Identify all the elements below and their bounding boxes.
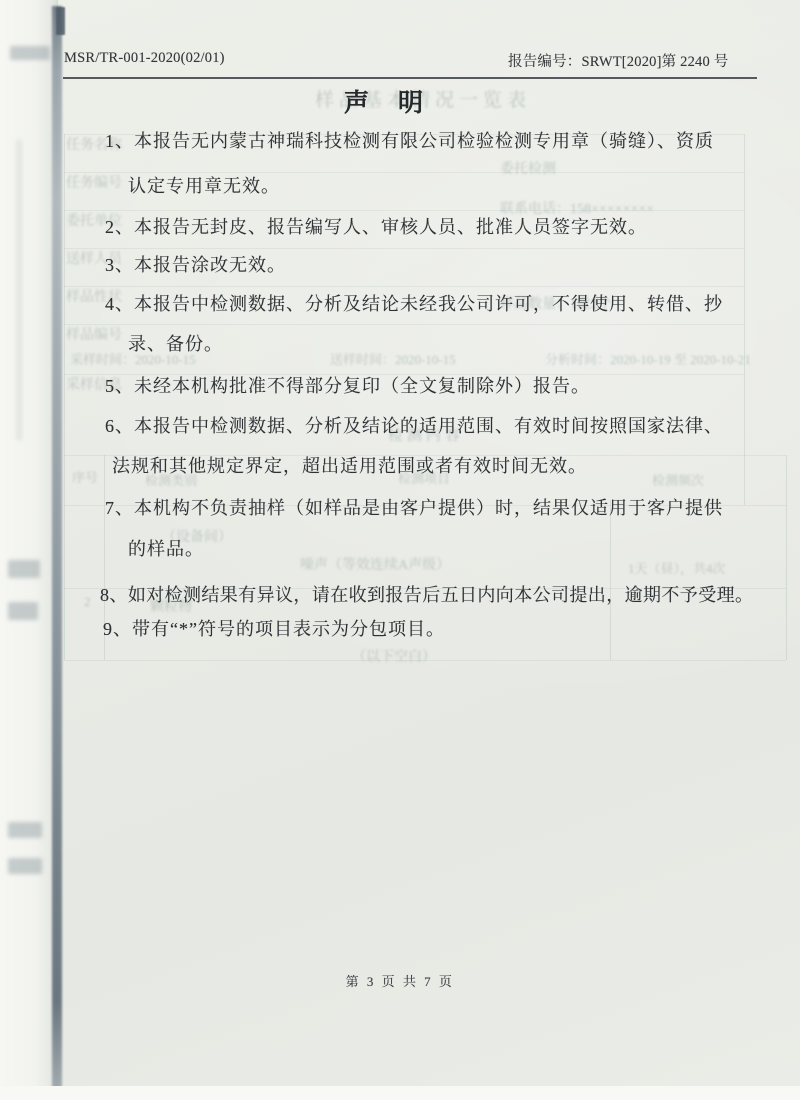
clause-number: 2、 <box>105 217 134 237</box>
bleedthrough-line <box>64 134 65 660</box>
bleedthrough-text: 2 <box>84 594 91 610</box>
clause-6-line-2: 法规和其他规定界定，超出适用范围或者有效时间无效。 <box>112 452 587 478</box>
bleedthrough-text: 1天（昼），共4次 <box>628 558 726 577</box>
clause-5-line-1: 5、未经本机构批准不得部分复印（全文复制除外）报告。 <box>105 372 590 398</box>
bleedthrough-text: 分析时间：2020-10-19 至 2020-10-21 <box>545 349 751 368</box>
clause-9-line-1: 9、带有“*”符号的项目表示为分包项目。 <box>103 615 445 641</box>
clause-text: 认定专用章无效。 <box>128 176 280 196</box>
clause-text: 本报告无内蒙古神瑞科技检测有限公司检验检测专用章（骑缝）、资质 <box>134 131 714 151</box>
scan-streak <box>16 140 22 440</box>
scanner-margin-left <box>0 0 58 1100</box>
page-footer: 第 3 页 共 7 页 <box>0 971 800 990</box>
clause-text: 录、备份。 <box>128 334 223 354</box>
clause-text: 的样品。 <box>128 539 204 559</box>
clause-text: 未经本机构批准不得部分复印（全文复制除外）报告。 <box>134 376 590 396</box>
clause-6-line-1: 6、本报告中检测数据、分析及结论的适用范围、有效时间按照国家法律、 <box>105 412 723 438</box>
clause-number: 6、 <box>105 416 134 436</box>
scanned-report-page: 样品基本情况一览表 任务名称 任务编号 委托单位 送样人员 样品性状 样品编号 … <box>0 0 800 1100</box>
clause-7-line-2: 的样品。 <box>128 535 204 561</box>
bleedthrough-line <box>64 248 744 249</box>
clause-number: 8、 <box>100 585 128 605</box>
document-code: MSR/TR-001-2020(02/01) <box>64 50 225 67</box>
scan-smudge <box>8 858 42 874</box>
scan-smudge <box>8 560 40 578</box>
clause-4-line-1: 4、本报告中检测数据、分析及结论未经我公司许可，不得使用、转借、抄 <box>105 290 723 316</box>
clause-number: 1、 <box>105 131 134 151</box>
scan-smudge <box>8 822 42 838</box>
page-title: 声 明 <box>344 83 425 119</box>
scanner-margin-bottom <box>0 1086 800 1100</box>
clause-text: 如对检测结果有异议，请在收到报告后五日内向本公司提出，逾期不予受理。 <box>128 585 754 605</box>
page-edge-dark-corner <box>56 7 65 35</box>
bleedthrough-line <box>744 134 745 505</box>
clause-8-line-1: 8、如对检测结果有异议，请在收到报告后五日内向本公司提出，逾期不予受理。 <box>100 581 753 607</box>
bleedthrough-text: 送样时间：2020-10-15 <box>330 349 456 368</box>
bleedthrough-text: 序号 <box>72 467 98 486</box>
clause-4-line-2: 录、备份。 <box>128 330 223 356</box>
clause-text: 本报告中检测数据、分析及结论未经我公司许可，不得使用、转借、抄 <box>134 294 723 314</box>
bleedthrough-line <box>610 500 611 660</box>
bleedthrough-line <box>786 455 787 660</box>
clause-1-line-2: 认定专用章无效。 <box>128 172 280 198</box>
clause-2-line-1: 2、本报告无封皮、报告编写人、审核人员、批准人员签字无效。 <box>105 213 647 239</box>
clause-text: 本报告无封皮、报告编写人、审核人员、批准人员签字无效。 <box>134 217 647 237</box>
header-rule <box>63 77 757 79</box>
clause-number: 7、 <box>105 498 134 518</box>
clause-7-line-1: 7、本机构不负责抽样（如样品是由客户提供）时，结果仅适用于客户提供 <box>105 494 723 520</box>
clause-text: 带有“*”符号的项目表示为分包项目。 <box>132 619 445 639</box>
clause-text: 本机构不负责抽样（如样品是由客户提供）时，结果仅适用于客户提供 <box>134 498 723 518</box>
clause-text: 本报告中检测数据、分析及结论的适用范围、有效时间按照国家法律、 <box>134 416 723 436</box>
scan-smudge <box>8 602 38 620</box>
scan-smudge <box>10 46 50 60</box>
clause-text: 法规和其他规定界定，超出适用范围或者有效时间无效。 <box>112 456 587 476</box>
bleedthrough-text: （以下空白） <box>352 646 436 666</box>
clause-number: 9、 <box>103 619 132 639</box>
bleedthrough-text: 检测频次 <box>652 470 704 489</box>
bleedthrough-text: 委托检测 <box>500 158 556 178</box>
clause-3-line-1: 3、本报告涂改无效。 <box>105 251 286 277</box>
page-edge-shadow <box>52 6 62 1088</box>
clause-number: 5、 <box>105 376 134 396</box>
clause-number: 4、 <box>105 294 134 314</box>
bleedthrough-line <box>64 324 744 325</box>
clause-number: 3、 <box>105 255 134 275</box>
report-number: 报告编号：SRWT[2020]第 2240 号 <box>508 50 729 71</box>
bleedthrough-text: 噪声（等效连续A声级） <box>300 554 450 574</box>
bleedthrough-line <box>64 286 744 287</box>
clause-1-line-1: 1、本报告无内蒙古神瑞科技检测有限公司检验检测专用章（骑缝）、资质 <box>105 127 714 153</box>
clause-text: 本报告涂改无效。 <box>134 255 286 275</box>
